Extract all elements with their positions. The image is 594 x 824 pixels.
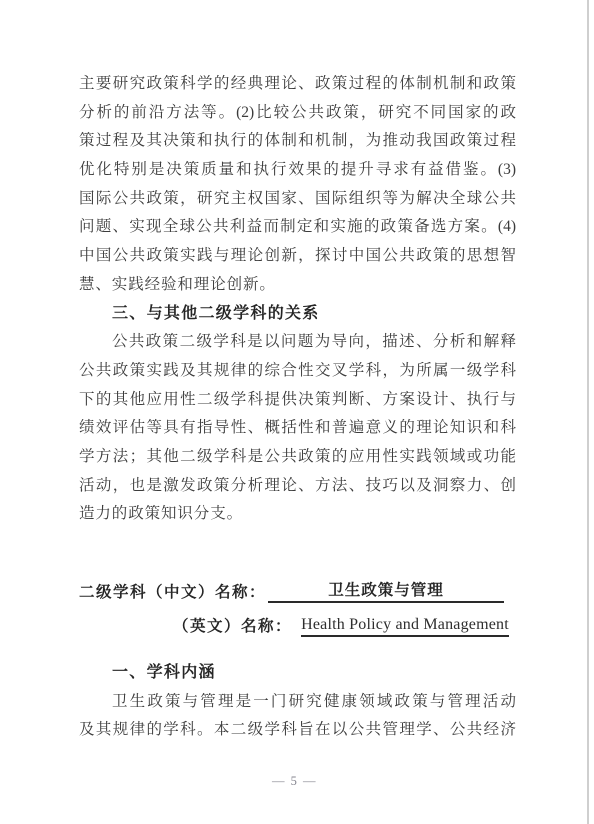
- text-line: 公共政策实践及其规律的综合性交叉学科，为所属一级学科: [79, 357, 516, 386]
- text-line: 及其规律的学科。本二级学科旨在以公共管理学、公共经济: [79, 716, 516, 745]
- text-line: 优化特别是决策质量和执行效果的提升寻求有益借鉴。(3): [79, 156, 516, 185]
- name-underline-cn: 卫生政策与管理: [268, 578, 504, 603]
- body-text-part2: 一、学科内涵卫生政策与管理是一门研究健康领域政策与管理活动及其规律的学科。本二级…: [79, 659, 516, 745]
- text-line: 卫生政策与管理是一门研究健康领域政策与管理活动: [79, 688, 516, 717]
- form-label-en: （英文）名称：: [173, 614, 292, 637]
- page-number: — 5 —: [0, 774, 589, 789]
- document-page: 主要研究政策科学的经典理论、政策过程的体制机制和政策分析的前沿方法等。(2)比较…: [0, 0, 594, 824]
- text-line: 造力的政策知识分支。: [79, 500, 516, 529]
- text-line: 国际公共政策，研究主权国家、国际组织等为解决全球公共: [79, 185, 516, 214]
- name-value-en: Health Policy and Management: [301, 616, 509, 633]
- text-line: 绩效评估等具有指导性、概括性和普遍意义的理论知识和科: [79, 414, 516, 443]
- text-line: 策过程及其决策和执行的体制和机制，为推动我国政策过程: [79, 127, 516, 156]
- text-line: 活动，也是激发政策分析理论、方法、技巧以及洞察力、创: [79, 472, 516, 501]
- body-text-part1: 主要研究政策科学的经典理论、政策过程的体制机制和政策分析的前沿方法等。(2)比较…: [79, 70, 516, 529]
- name-value-cn: 卫生政策与管理: [328, 582, 444, 599]
- text-line: 下的其他应用性二级学科提供决策判断、方案设计、执行与: [79, 386, 516, 415]
- form-name-cn-row: 二级学科（中文）名称： 卫生政策与管理: [79, 569, 516, 603]
- section-heading: 三、与其他二级学科的关系: [79, 300, 516, 329]
- text-line: 中国公共政策实践与理论创新，探讨中国公共政策的思想智: [79, 242, 516, 271]
- text-line: 问题、实现全球公共利益而制定和实施的政策备选方案。(4): [79, 213, 516, 242]
- name-form: 二级学科（中文）名称： 卫生政策与管理 （英文）名称： Health Polic…: [79, 569, 516, 637]
- text-line: 学方法；其他二级学科是公共政策的应用性实践领域或功能: [79, 443, 516, 472]
- form-name-en-row: （英文）名称： Health Policy and Management: [79, 603, 516, 637]
- text-line: 公共政策二级学科是以问题为导向，描述、分析和解释: [79, 328, 516, 357]
- section-heading: 一、学科内涵: [79, 659, 516, 688]
- page-edge-line: [587, 0, 589, 824]
- text-line: 慧、实践经验和理论创新。: [79, 271, 516, 300]
- text-column: 主要研究政策科学的经典理论、政策过程的体制机制和政策分析的前沿方法等。(2)比较…: [79, 70, 516, 745]
- name-underline-en: Health Policy and Management: [301, 616, 509, 637]
- text-line: 分析的前沿方法等。(2)比较公共政策，研究不同国家的政: [79, 99, 516, 128]
- form-label-cn: 二级学科（中文）名称：: [79, 580, 266, 603]
- text-line: 主要研究政策科学的经典理论、政策过程的体制机制和政策: [79, 70, 516, 99]
